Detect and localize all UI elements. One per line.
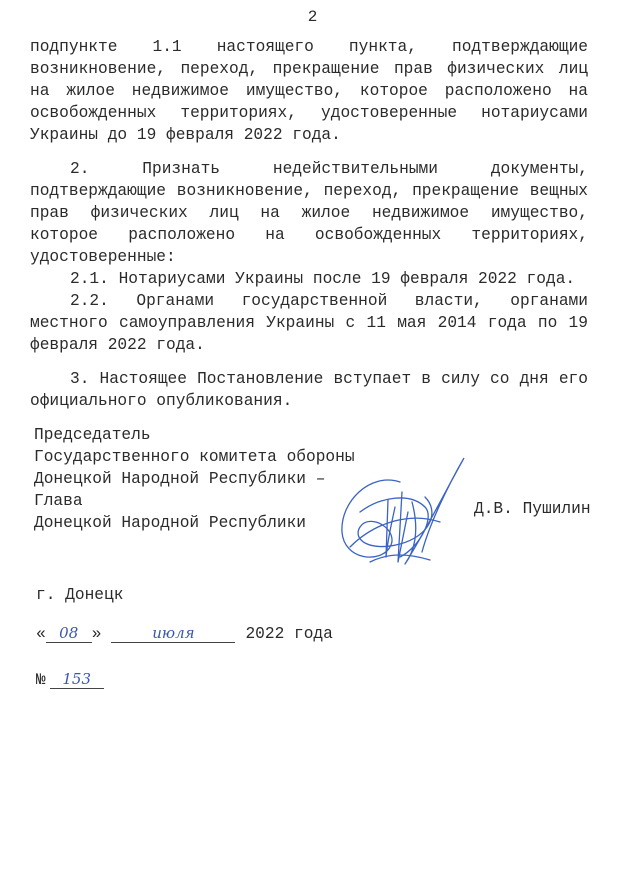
number-sign: №: [36, 671, 46, 689]
handwritten-number: 153: [50, 670, 104, 689]
document-number: № 153: [36, 670, 104, 689]
issue-date: « 08 » июля 2022 года: [36, 624, 333, 643]
handwritten-month: июля: [111, 624, 235, 643]
signer-name: Д.В. Пушилин: [474, 500, 591, 518]
open-quote: «: [36, 625, 46, 643]
year-text: 2022 года: [245, 625, 332, 643]
document-body: подпункте 1.1 настоящего пункта, подтвер…: [30, 36, 588, 412]
signatory-title-line: Председатель: [34, 424, 355, 446]
signatory-title-line: Глава: [34, 490, 355, 512]
signatory-title-line: Донецкой Народной Республики –: [34, 468, 355, 490]
signatory-title-line: Донецкой Народной Республики: [34, 512, 355, 534]
paragraph-continuation: подпункте 1.1 настоящего пункта, подтвер…: [30, 36, 588, 146]
signatory-title-block: Председатель Государственного комитета о…: [34, 424, 355, 534]
close-quote: »: [92, 625, 102, 643]
paragraph-3: 3. Настоящее Постановление вступает в си…: [30, 368, 588, 412]
paragraph-2: 2. Признать недействительными документы,…: [30, 158, 588, 268]
signatory-title-line: Государственного комитета обороны: [34, 446, 355, 468]
paragraph-2-2: 2.2. Органами государственной власти, ор…: [30, 290, 588, 356]
handwritten-day: 08: [46, 624, 92, 643]
city-of-issue: г. Донецк: [36, 586, 123, 604]
paragraph-2-1: 2.1. Нотариусами Украины после 19 феврал…: [30, 268, 588, 290]
page-number: 2: [0, 8, 625, 26]
handwritten-signature: [330, 452, 470, 570]
